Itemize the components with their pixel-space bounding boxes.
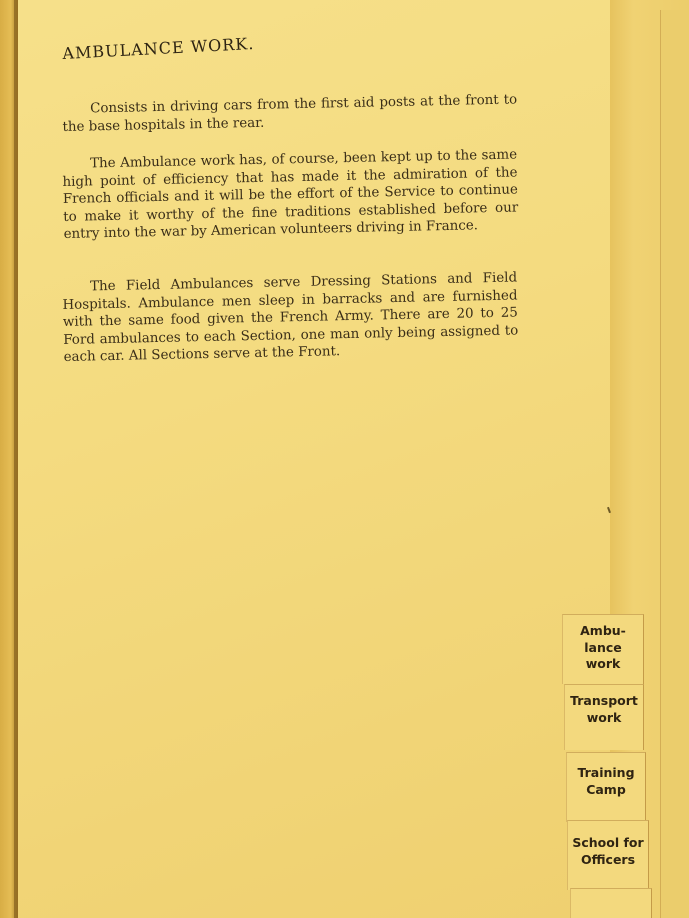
tab-transport-work[interactable]: Transport work bbox=[564, 684, 644, 750]
paragraph-2: The Ambulance work has, of course, been … bbox=[62, 147, 519, 244]
underlying-pages-edge bbox=[660, 10, 689, 918]
tab-label: Transport work bbox=[570, 693, 638, 725]
book-page bbox=[18, 0, 610, 918]
paragraph-3: The Field Ambulances serve Dressing Stat… bbox=[62, 270, 519, 367]
tab-label: Training Camp bbox=[577, 765, 634, 797]
tab-ambulance-work[interactable]: Ambu- lance work bbox=[562, 614, 644, 684]
tab-next-section[interactable] bbox=[570, 888, 652, 918]
tab-label: Ambu- lance work bbox=[580, 623, 626, 671]
tab-training-camp[interactable]: Training Camp bbox=[566, 752, 646, 822]
tab-label: School for Officers bbox=[572, 835, 643, 867]
tab-school-for-officers[interactable]: School for Officers bbox=[567, 820, 649, 890]
